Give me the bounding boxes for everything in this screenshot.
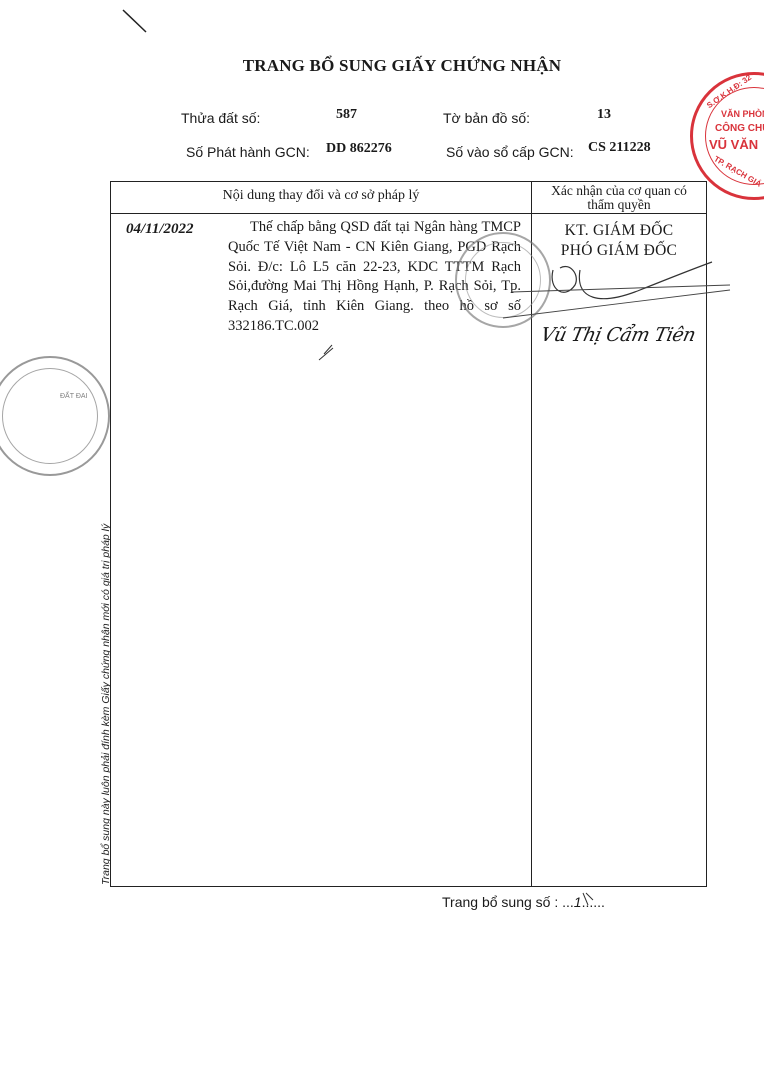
signature-strokes (0, 0, 764, 1080)
page-number-value: 1 (574, 894, 582, 910)
page-number-label: Trang bổ sung số : ... (442, 894, 574, 910)
supplement-page-number: Trang bổ sung số : ...1...... (442, 894, 605, 910)
page-number-suffix: ...... (582, 894, 605, 910)
side-legal-note: Trang bổ sung này luôn phải đính kèm Giấ… (100, 524, 112, 885)
